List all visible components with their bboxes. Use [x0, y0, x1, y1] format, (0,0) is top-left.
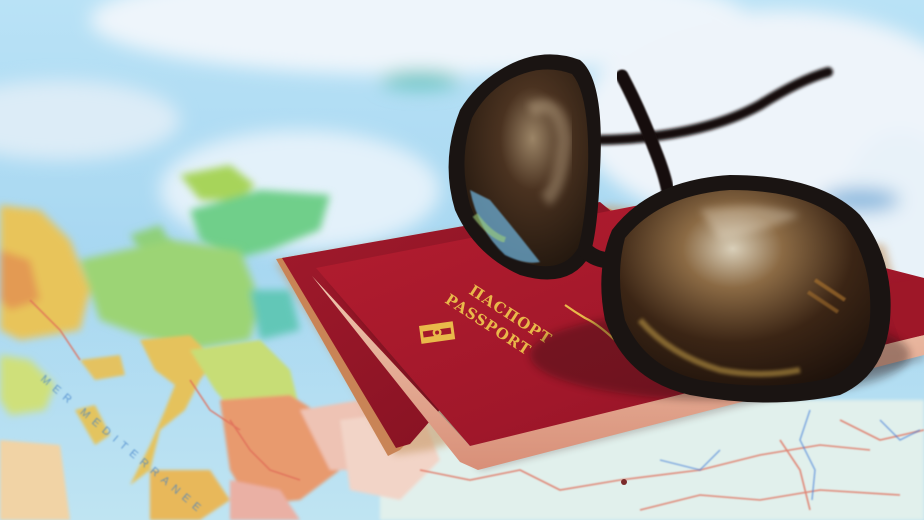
photo-canvas: MER MEDITERRANEE ПАСПОРТ PASSPORT	[0, 0, 924, 520]
map-city-moscow-dot	[621, 479, 627, 485]
travel-photo: MER MEDITERRANEE ПАСПОРТ PASSPORT	[0, 0, 924, 520]
